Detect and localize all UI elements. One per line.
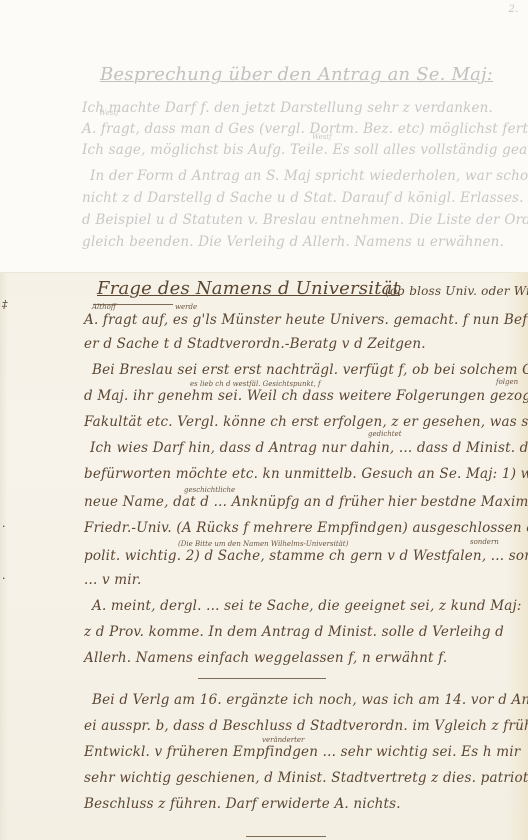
text-line: polit. wichtig. 2) d Sache, stamme ch ge…: [84, 548, 528, 564]
page-number: 2.: [508, 4, 518, 15]
closing-rule: [246, 836, 326, 837]
text-line: Entwickl. v früheren Empfindgen ... sehr…: [84, 744, 520, 760]
text-line: ei ausspr. b, dass d Beschluss d Stadtve…: [84, 718, 528, 734]
upper-line: nicht z d Darstellg d Sache u d Stat. Da…: [82, 190, 528, 206]
lower-heading: Frage des Namens d Universität: [97, 278, 400, 299]
insertion-note: gedichtet: [368, 430, 402, 438]
text-line: A. meint, dergl. ... sei te Sache, die g…: [92, 598, 522, 614]
text-line: neue Name, dat d ... Anknüpfg an d frühe…: [84, 494, 528, 510]
text-line: Friedr.-Univ. (A Rücks f mehrere Empfind…: [84, 520, 528, 536]
insertion-note: sondern: [470, 538, 499, 546]
upper-line: Ich sage, möglichst bis Aufg. Teile. Es …: [82, 142, 528, 158]
heading-note: (ob bloss Univ. oder Willh.: [385, 284, 528, 298]
text-line: z d Prov. komme. In dem Antrag d Minist.…: [84, 624, 504, 640]
text-line: sehr wichtig geschienen, d Minist. Stadt…: [84, 770, 528, 786]
upper-line: d Beispiel u d Statuten v. Breslau entne…: [82, 212, 528, 228]
text-line: er d Sache t d Stadtverordn.-Beratg v d …: [84, 336, 426, 352]
insertion-note: Westf: [312, 133, 332, 141]
page-edge-shadow: [0, 272, 8, 840]
insertion-note: es lieb ch d westfäl. Gesichtspunkt, f: [190, 380, 321, 388]
text-line: befürworten möchte etc. kn unmittelb. Ge…: [84, 466, 528, 482]
upper-line: A. fragt, dass man d Ges (vergl. Dortm. …: [82, 121, 528, 137]
insertion-note: folgen: [496, 378, 518, 386]
text-line: Bei Breslau sei erst erst nachträgl. ver…: [92, 362, 528, 378]
margin-mark: ·: [2, 572, 6, 585]
manuscript-page: 2. Besprechung über den Antrag an Se. Ma…: [0, 0, 528, 840]
text-line: Beschluss z führen. Darf erwiderte A. ni…: [84, 796, 401, 812]
insertion-note: werde: [175, 303, 197, 311]
text-line: Allerh. Namens einfach weggelassen f, n …: [84, 650, 447, 666]
insertion-note: (Die Bitte um den Namen Wilhelms-Univers…: [178, 540, 348, 548]
upper-line: gleich beenden. Die Verleihg d Allerh. N…: [82, 234, 504, 250]
margin-mark: ·: [2, 520, 6, 533]
text-line: A. fragt auf, es g'ls Münster heute Univ…: [84, 312, 528, 328]
text-line: Ich wies Darf hin, dass d Antrag nur dah…: [90, 440, 528, 456]
insertion-note: geschichtliche: [184, 486, 235, 494]
margin-mark: ‡: [2, 298, 8, 311]
insertion-note: veränderter: [262, 736, 304, 744]
text-line: Fakultät etc. Vergl. könne ch erst erfol…: [84, 414, 528, 430]
underline-weggelassen: [198, 678, 326, 679]
insertion-note: Althoff: [92, 303, 116, 311]
insertion-note: Westf: [99, 109, 119, 117]
upper-line: In der Form d Antrag an S. Maj spricht w…: [90, 168, 528, 184]
upper-heading: Besprechung über den Antrag an Se. Maj:: [100, 64, 493, 85]
text-line: ... v mir.: [84, 572, 141, 588]
upper-line: Ich machte Darf f. den jetzt Darstellung…: [82, 100, 493, 116]
text-line: d Maj. ihr genehm sei. Weil ch dass weit…: [84, 388, 528, 404]
text-line: Bei d Verlg am 16. ergänzte ich noch, wa…: [92, 692, 528, 708]
